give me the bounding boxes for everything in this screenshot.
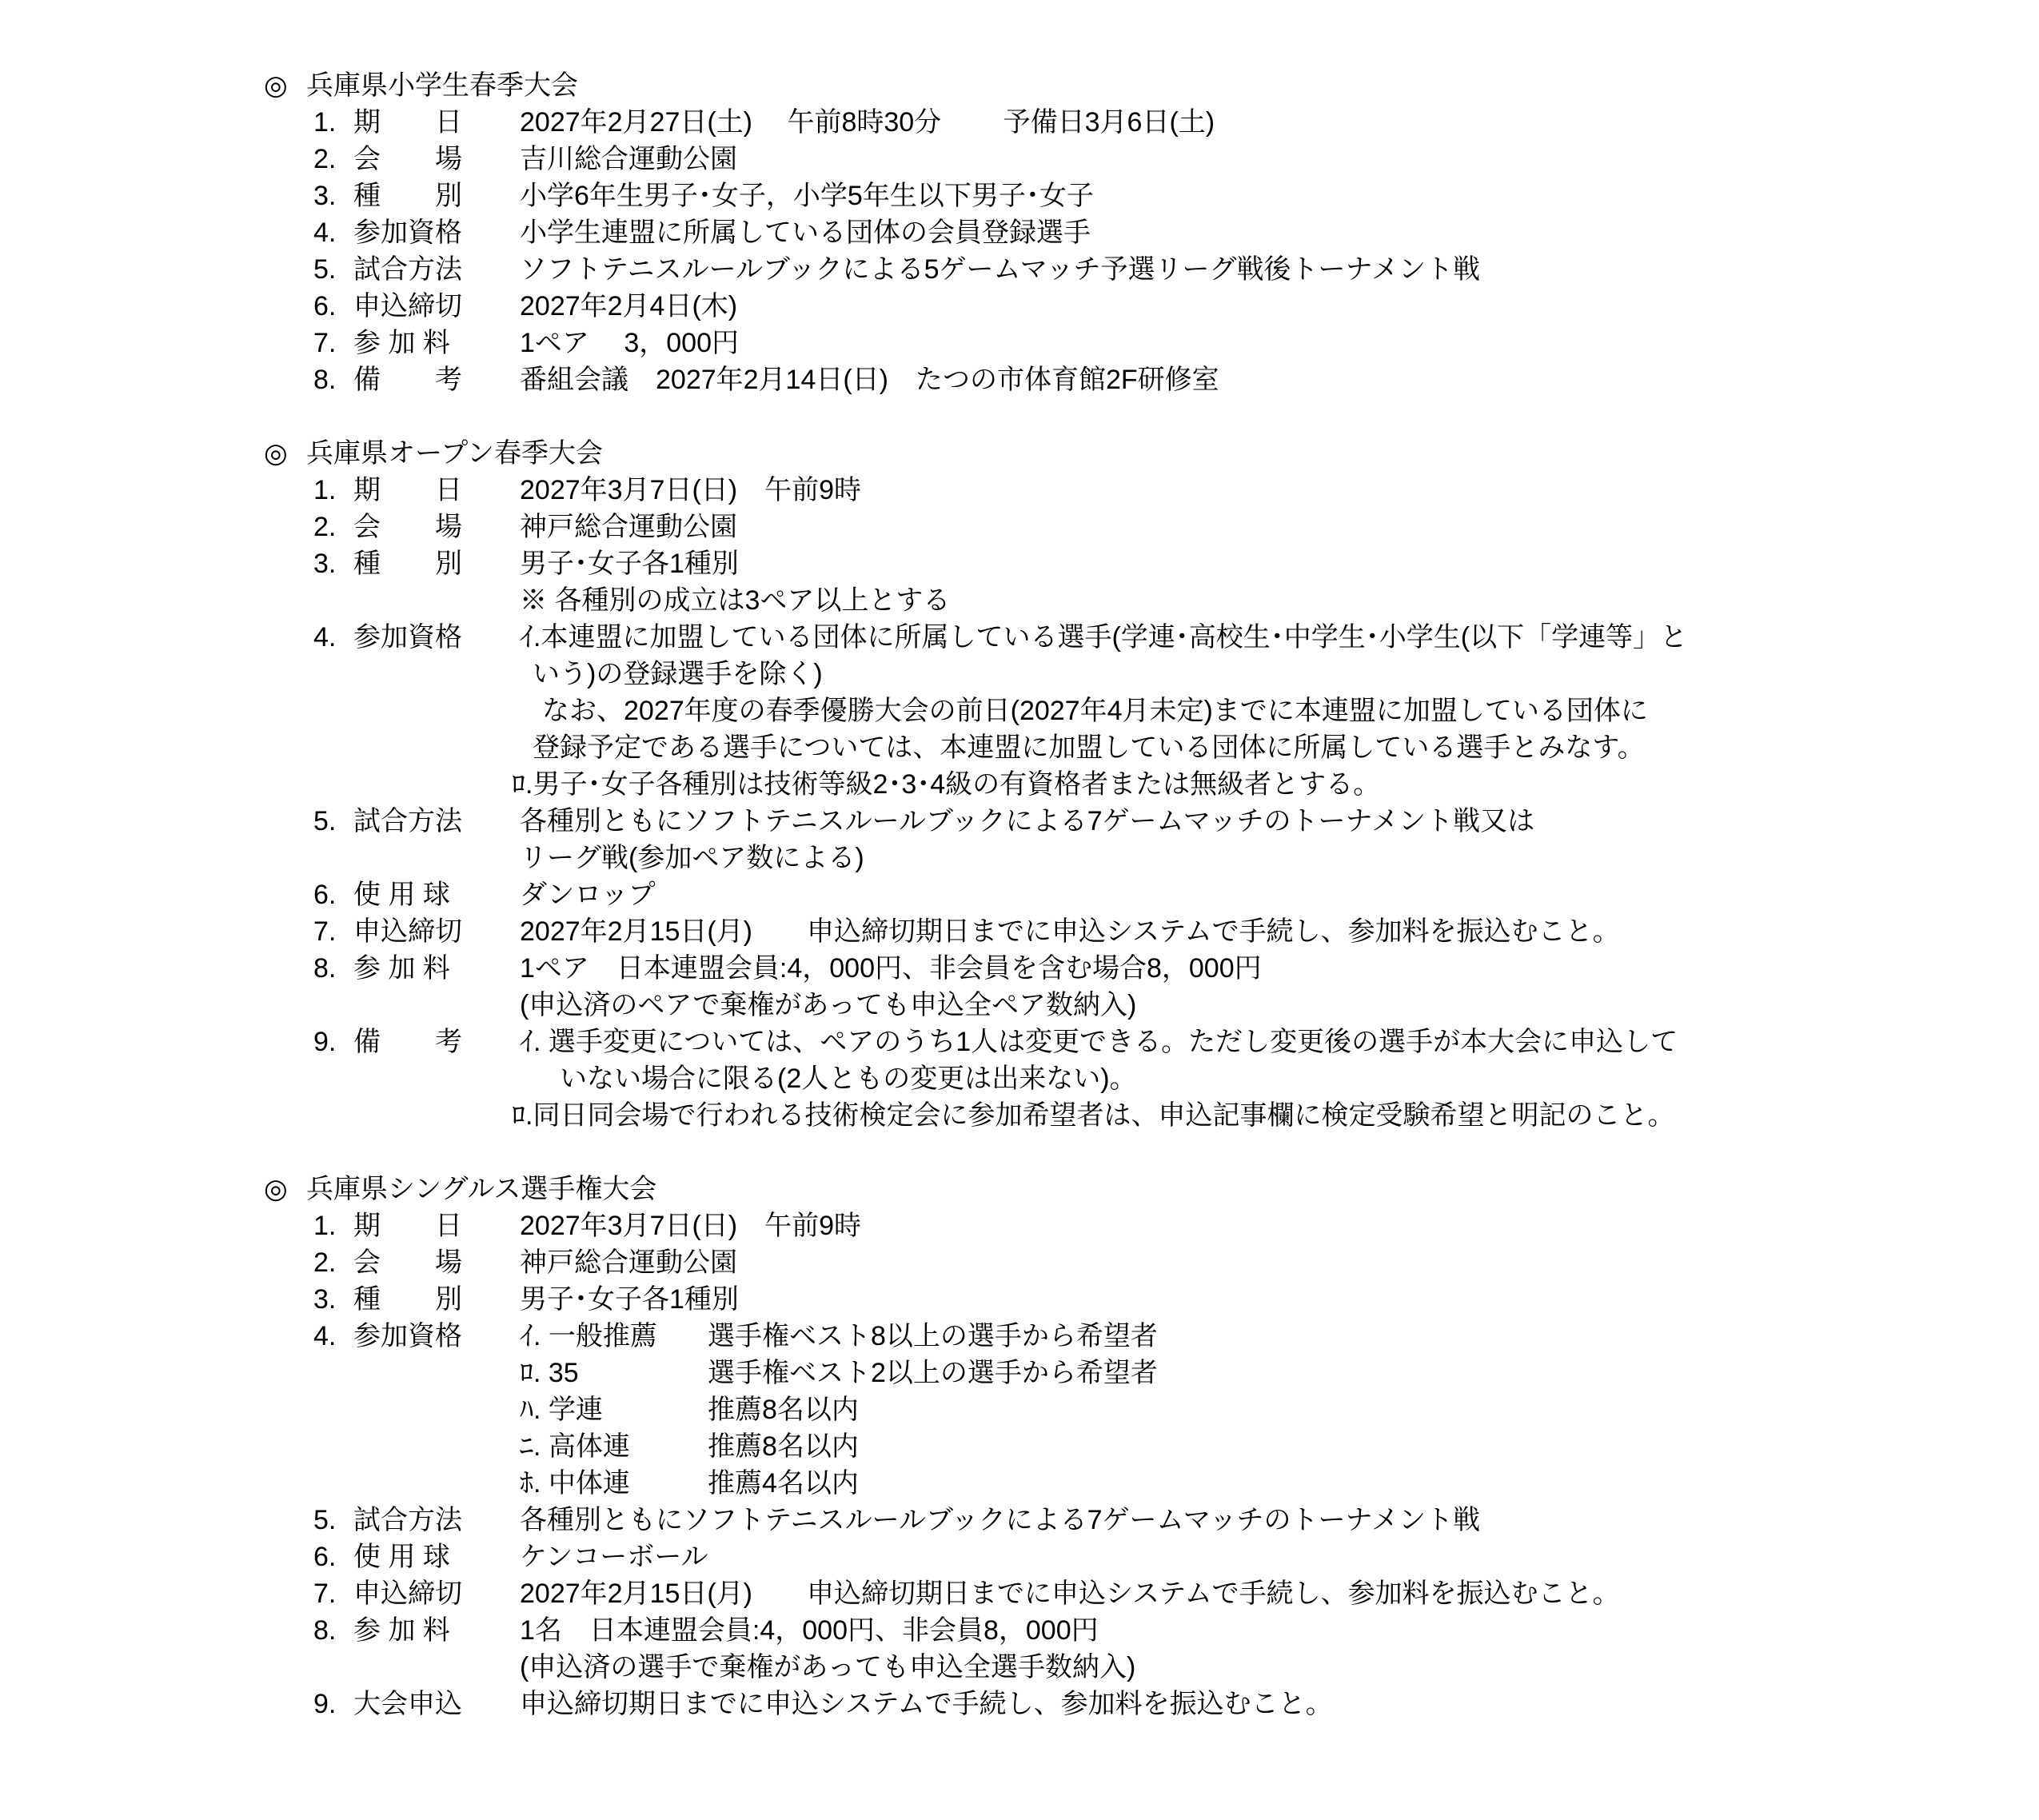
doc-row: 7. 参 加 料 1ペア 3，000円 — [0, 325, 2039, 361]
doc-row: 1. 期 日 2027年3月7日(日) 午前9時 — [0, 1207, 2039, 1244]
doc-row: 3. 種 別 男子･女子各1種別 — [0, 545, 2039, 582]
section-header: ◎ 兵庫県シングルス選手権大会 — [0, 1171, 2039, 1207]
double-circle-bullet: ◎ — [264, 1171, 306, 1207]
item-text: 推薦4名以内 — [708, 1465, 859, 1502]
item-label: 参 加 料 — [353, 325, 520, 361]
item-number: 6. — [313, 288, 353, 325]
item-label: 申込締切 — [353, 913, 520, 950]
item-number: 1. — [313, 1207, 353, 1244]
item-number: 5. — [313, 1502, 353, 1539]
doc-row: 4. 参加資格 小学生連盟に所属している団体の会員登録選手 — [0, 214, 2039, 251]
doc-row-continuation: ﾛ.同日同会場で行われる技術検定会に参加希望者は、申込記事欄に検定受験希望と明記… — [0, 1097, 2039, 1134]
item-number: 9. — [313, 1024, 353, 1060]
doc-row-continuation: ﾊ. 学連 推薦8名以内 — [0, 1391, 2039, 1428]
double-circle-bullet: ◎ — [264, 435, 306, 472]
doc-row: 4. 参加資格 ｲ.本連盟に加盟している団体に所属している選手(学連･高校生･中… — [0, 619, 2039, 656]
item-number: 6. — [313, 1539, 353, 1575]
item-text: (申込済の選手で棄権があっても申込全選手数納入) — [520, 1649, 1135, 1686]
doc-row: 2. 会 場 神戸総合運動公園 — [0, 1244, 2039, 1281]
item-number: 4. — [313, 1318, 353, 1355]
item-label: 大会申込 — [353, 1686, 520, 1722]
item-label: 種 別 — [353, 1281, 520, 1318]
item-number: 8. — [313, 361, 353, 398]
item-text: 1ペア 3，000円 — [520, 325, 739, 361]
doc-row: 3. 種 別 小学6年生男子･女子，小学5年生以下男子･女子 — [0, 178, 2039, 214]
item-number: 8. — [313, 1612, 353, 1649]
item-number: 2. — [313, 1244, 353, 1281]
section-open-spring-tournament: ◎ 兵庫県オープン春季大会 1. 期 日 2027年3月7日(日) 午前9時 2… — [0, 435, 2039, 1134]
item-label: 申込締切 — [353, 288, 520, 325]
item-number: 4. — [313, 619, 353, 656]
double-circle-bullet: ◎ — [264, 67, 306, 104]
item-text: 各種別ともにソフトテニスルールブックによる7ゲームマッチのトーナメント戦又は — [520, 803, 1534, 840]
sub-item-label: ﾆ. 高体連 — [520, 1428, 708, 1465]
doc-row-continuation: (申込済の選手で棄権があっても申込全選手数納入) — [0, 1649, 2039, 1686]
item-text: ダンロップ — [520, 876, 656, 913]
item-text: (申込済のペアで棄権があっても申込全ペア数納入) — [520, 987, 1136, 1024]
item-label: 備 考 — [353, 1024, 520, 1060]
item-text: 推薦8名以内 — [708, 1391, 859, 1428]
document-page: ◎ 兵庫県小学生春季大会 1. 期 日 2027年2月27日(土) 午前8時30… — [0, 0, 2039, 1820]
doc-row: 5. 試合方法 各種別ともにソフトテニスルールブックによる7ゲームマッチのトーナ… — [0, 1502, 2039, 1539]
doc-row: 1. 期 日 2027年2月27日(土) 午前8時30分 予備日3月6日(土) — [0, 104, 2039, 141]
sub-item-label: ﾎ. 中体連 — [520, 1465, 708, 1502]
item-text: ｲ. 選手変更については、ペアのうち1人は変更できる。ただし変更後の選手が本大会… — [520, 1024, 1678, 1060]
item-number: 6. — [313, 876, 353, 913]
item-text: リーグ戦(参加ペア数による) — [520, 840, 864, 876]
item-text: 男子･女子各1種別 — [520, 1281, 739, 1318]
section-elementary-spring-tournament: ◎ 兵庫県小学生春季大会 1. 期 日 2027年2月27日(土) 午前8時30… — [0, 67, 2039, 398]
item-number: 5. — [313, 803, 353, 840]
item-number: 9. — [313, 1686, 353, 1722]
item-label: 種 別 — [353, 545, 520, 582]
doc-row: 7. 申込締切 2027年2月15日(月) 申込締切期日までに申込システムで手続… — [0, 913, 2039, 950]
doc-row-continuation: なお、2027年度の春季優勝大会の前日(2027年4月未定)までに本連盟に加盟し… — [0, 692, 2039, 729]
item-number: 3. — [313, 1281, 353, 1318]
item-text: 2027年2月15日(月) 申込締切期日までに申込システムで手続し、参加料を振込… — [520, 913, 1620, 950]
item-label: 期 日 — [353, 472, 520, 509]
doc-row-continuation: リーグ戦(参加ペア数による) — [0, 840, 2039, 876]
item-text: 1名 日本連盟会員:4，000円、非会員8，000円 — [520, 1612, 1099, 1649]
item-text: 申込締切期日までに申込システムで手続し、参加料を振込むこと。 — [520, 1686, 1333, 1722]
item-text: 各種別ともにソフトテニスルールブックによる7ゲームマッチのトーナメント戦 — [520, 1502, 1480, 1539]
item-number: 2. — [313, 509, 353, 545]
doc-row-continuation: いう)の登録選手を除く) — [0, 656, 2039, 692]
item-text: なお、2027年度の春季優勝大会の前日(2027年4月未定)までに本連盟に加盟し… — [542, 692, 1648, 729]
section-title: 兵庫県小学生春季大会 — [306, 67, 578, 104]
item-text: 登録予定である選手については、本連盟に加盟している団体に所属している選手とみなす… — [533, 729, 1645, 766]
item-number: 3. — [313, 545, 353, 582]
item-number: 7. — [313, 325, 353, 361]
item-number: 4. — [313, 214, 353, 251]
item-label: 使 用 球 — [353, 1539, 520, 1575]
doc-row: 5. 試合方法 各種別ともにソフトテニスルールブックによる7ゲームマッチのトーナ… — [0, 803, 2039, 840]
sub-item-label: ﾛ. 35 — [520, 1355, 708, 1391]
doc-row-continuation: ﾛ. 35 選手権ベスト2以上の選手から希望者 — [0, 1355, 2039, 1391]
item-label: 期 日 — [353, 1207, 520, 1244]
item-label: 参 加 料 — [353, 1612, 520, 1649]
doc-row: 4. 参加資格 ｲ. 一般推薦 選手権ベスト8以上の選手から希望者 — [0, 1318, 2039, 1355]
section-singles-championship: ◎ 兵庫県シングルス選手権大会 1. 期 日 2027年3月7日(日) 午前9時… — [0, 1171, 2039, 1722]
doc-row: 6. 使 用 球 ケンコーボール — [0, 1539, 2039, 1575]
doc-row: 8. 備 考 番組会議 2027年2月14日(日) たつの市体育館2F研修室 — [0, 361, 2039, 398]
item-label: 参加資格 — [353, 214, 520, 251]
item-text: 小学生連盟に所属している団体の会員登録選手 — [520, 214, 1091, 251]
item-label: 会 場 — [353, 141, 520, 178]
doc-row: 2. 会 場 神戸総合運動公園 — [0, 509, 2039, 545]
item-text: ﾛ.同日同会場で行われる技術検定会に参加希望者は、申込記事欄に検定受験希望と明記… — [512, 1097, 1674, 1134]
item-text: 推薦8名以内 — [708, 1428, 859, 1465]
item-text: 番組会議 2027年2月14日(日) たつの市体育館2F研修室 — [520, 361, 1219, 398]
item-text: 選手権ベスト8以上の選手から希望者 — [708, 1318, 1158, 1355]
doc-row: 9. 大会申込 申込締切期日までに申込システムで手続し、参加料を振込むこと。 — [0, 1686, 2039, 1722]
item-text: 吉川総合運動公園 — [520, 141, 737, 178]
item-text: 2027年3月7日(日) 午前9時 — [520, 1207, 861, 1244]
item-text: いう)の登録選手を除く) — [533, 656, 823, 692]
item-text: 2027年2月27日(土) 午前8時30分 予備日3月6日(土) — [520, 104, 1215, 141]
sub-item-label: ｲ. 一般推薦 — [520, 1318, 708, 1355]
item-label: 種 別 — [353, 178, 520, 214]
doc-row: 8. 参 加 料 1ペア 日本連盟会員:4，000円、非会員を含む場合8，000… — [0, 950, 2039, 987]
section-header: ◎ 兵庫県小学生春季大会 — [0, 67, 2039, 104]
item-text: ﾛ.男子･女子各種別は技術等級2･3･4級の有資格者または無級者とする。 — [512, 766, 1380, 803]
section-title: 兵庫県シングルス選手権大会 — [306, 1171, 656, 1207]
item-text: 神戸総合運動公園 — [520, 1244, 737, 1281]
item-number: 3. — [313, 178, 353, 214]
item-label: 試合方法 — [353, 251, 520, 288]
item-text: 神戸総合運動公園 — [520, 509, 737, 545]
doc-row-continuation: いない場合に限る(2人ともの変更は出来ない)。 — [0, 1060, 2039, 1097]
section-header: ◎ 兵庫県オープン春季大会 — [0, 435, 2039, 472]
item-label: 試合方法 — [353, 1502, 520, 1539]
item-text: 1ペア 日本連盟会員:4，000円、非会員を含む場合8，000円 — [520, 950, 1262, 987]
item-number: 7. — [313, 1575, 353, 1612]
item-text: 2027年2月15日(月) 申込締切期日までに申込システムで手続し、参加料を振込… — [520, 1575, 1620, 1612]
item-label: 備 考 — [353, 361, 520, 398]
doc-row-continuation: ﾆ. 高体連 推薦8名以内 — [0, 1428, 2039, 1465]
doc-row: 1. 期 日 2027年3月7日(日) 午前9時 — [0, 472, 2039, 509]
doc-row: 7. 申込締切 2027年2月15日(月) 申込締切期日までに申込システムで手続… — [0, 1575, 2039, 1612]
doc-row: 3. 種 別 男子･女子各1種別 — [0, 1281, 2039, 1318]
item-label: 参加資格 — [353, 619, 520, 656]
section-title: 兵庫県オープン春季大会 — [306, 435, 603, 472]
sub-item-label: ﾊ. 学連 — [520, 1391, 708, 1428]
item-text: 小学6年生男子･女子，小学5年生以下男子･女子 — [520, 178, 1094, 214]
item-label: 試合方法 — [353, 803, 520, 840]
item-text: 2027年3月7日(日) 午前9時 — [520, 472, 861, 509]
doc-row-continuation: (申込済のペアで棄権があっても申込全ペア数納入) — [0, 987, 2039, 1024]
item-label: 会 場 — [353, 1244, 520, 1281]
doc-row: 5. 試合方法 ソフトテニスルールブックによる5ゲームマッチ予選リーグ戦後トーナ… — [0, 251, 2039, 288]
item-label: 期 日 — [353, 104, 520, 141]
doc-row: 8. 参 加 料 1名 日本連盟会員:4，000円、非会員8，000円 — [0, 1612, 2039, 1649]
item-text: 男子･女子各1種別 — [520, 545, 739, 582]
item-number: 8. — [313, 950, 353, 987]
item-label: 使 用 球 — [353, 876, 520, 913]
doc-row-continuation: 登録予定である選手については、本連盟に加盟している団体に所属している選手とみなす… — [0, 729, 2039, 766]
item-label: 申込締切 — [353, 1575, 520, 1612]
doc-row: 2. 会 場 吉川総合運動公園 — [0, 141, 2039, 178]
doc-row: 9. 備 考 ｲ. 選手変更については、ペアのうち1人は変更できる。ただし変更後… — [0, 1024, 2039, 1060]
item-number: 2. — [313, 141, 353, 178]
item-number: 1. — [313, 104, 353, 141]
item-text: ソフトテニスルールブックによる5ゲームマッチ予選リーグ戦後トーナメント戦 — [520, 251, 1480, 288]
doc-row: 6. 使 用 球 ダンロップ — [0, 876, 2039, 913]
item-label: 会 場 — [353, 509, 520, 545]
doc-row-continuation: ※ 各種別の成立は3ペア以上とする — [0, 582, 2039, 619]
doc-row-continuation: ﾛ.男子･女子各種別は技術等級2･3･4級の有資格者または無級者とする。 — [0, 766, 2039, 803]
item-number: 7. — [313, 913, 353, 950]
item-text: ※ 各種別の成立は3ペア以上とする — [520, 582, 950, 619]
doc-row: 6. 申込締切 2027年2月4日(木) — [0, 288, 2039, 325]
tournament-announcements: ◎ 兵庫県小学生春季大会 1. 期 日 2027年2月27日(土) 午前8時30… — [0, 67, 2039, 1759]
item-number: 5. — [313, 251, 353, 288]
doc-row-continuation: ﾎ. 中体連 推薦4名以内 — [0, 1465, 2039, 1502]
item-text: 2027年2月4日(木) — [520, 288, 737, 325]
item-number: 1. — [313, 472, 353, 509]
item-label: 参加資格 — [353, 1318, 520, 1355]
item-text: ｲ.本連盟に加盟している団体に所属している選手(学連･高校生･中学生･小学生(以… — [520, 619, 1687, 656]
item-label: 参 加 料 — [353, 950, 520, 987]
item-text: 選手権ベスト2以上の選手から希望者 — [708, 1355, 1158, 1391]
item-text: いない場合に限る(2人ともの変更は出来ない)。 — [560, 1060, 1137, 1097]
item-text: ケンコーボール — [520, 1539, 708, 1575]
